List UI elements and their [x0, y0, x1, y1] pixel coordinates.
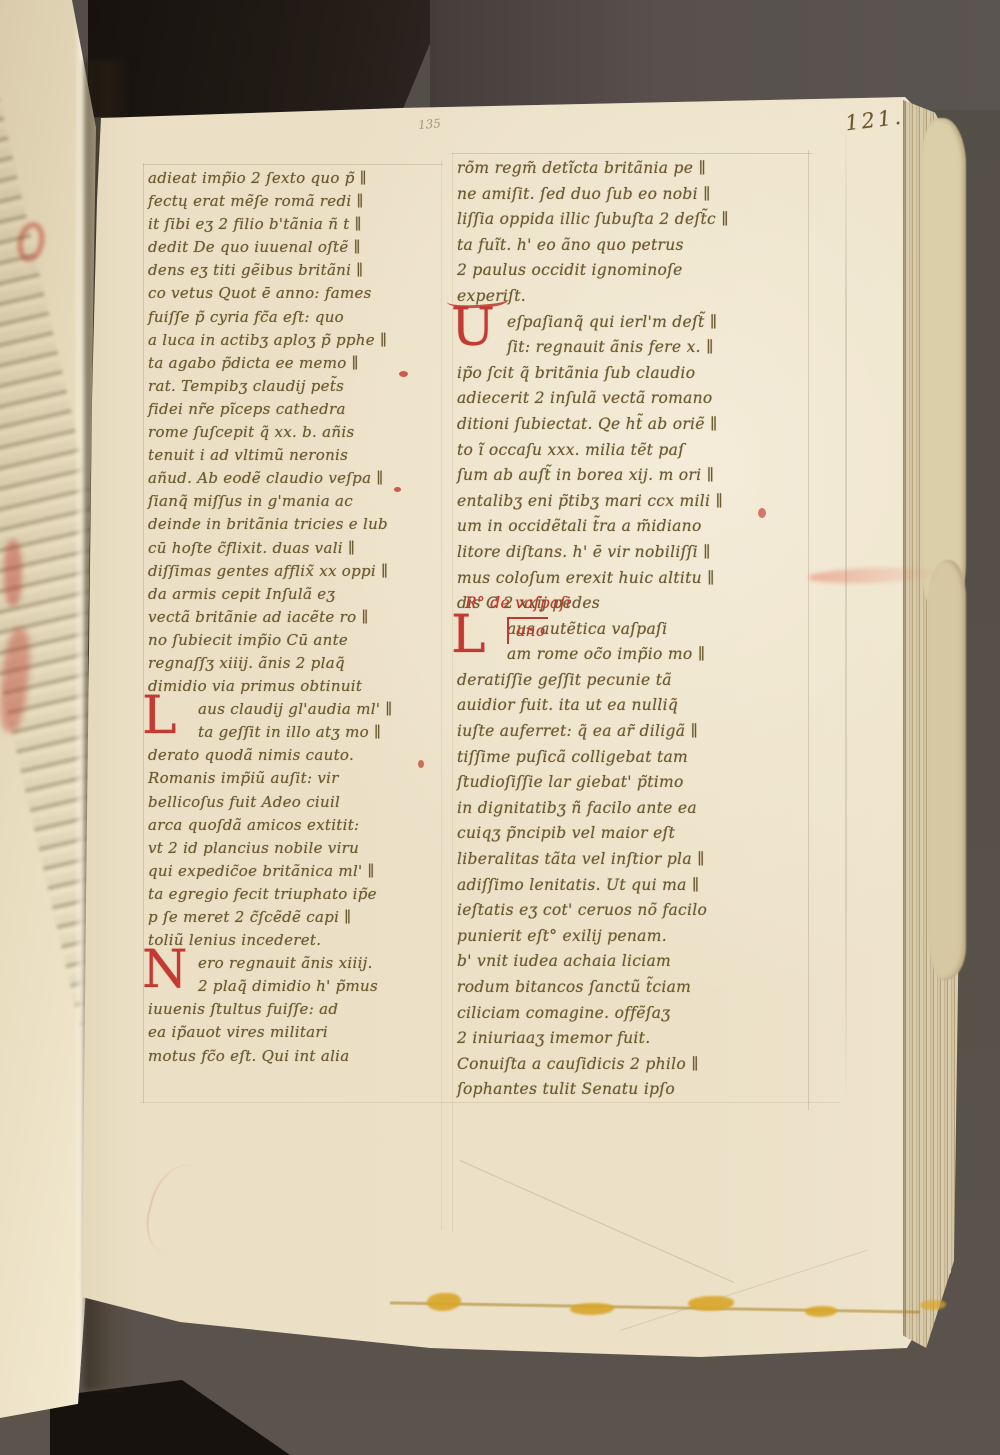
manuscript-line: b' vnit iudea achaia liciam	[457, 949, 813, 975]
line-text: iuſte auferret: q̃ ea ar̃ diligã ∥	[457, 719, 698, 745]
manuscript-line: p ſe meret 2 c̃ſcẽdẽ capi ∥	[148, 906, 448, 929]
manuscript-line: ta fuĩt. h' eo ãno quo petrus	[457, 233, 813, 259]
line-text: 2 iniuriaaʒ imemor fuit.	[457, 1026, 650, 1052]
line-text: litore diſtans. h' ē vir nobiliſſi ∥	[457, 540, 711, 566]
line-text: p ſe meret 2 c̃ſcẽdẽ capi ∥	[148, 906, 352, 929]
line-text: deratiſſie geſſit pecunie tã	[457, 668, 672, 694]
manuscript-line: dedit De quo iuuenal oſtẽ ∥	[148, 236, 448, 259]
manuscript-line: rodum bitancos ſanctũ t̃ciam	[457, 975, 813, 1001]
line-text: ieſtatis eʒ cot' ceruos nõ facilo	[457, 898, 707, 924]
line-text: fidei nr̃e pĩceps cathedra	[148, 398, 346, 421]
manuscript-line: um in occidẽtali t̃ra a m̃idiano	[457, 514, 813, 540]
manuscript-line: ne amiſit. ſed duo ſub eo nobi ∥	[457, 182, 813, 208]
line-text: rodum bitancos ſanctũ t̃ciam	[457, 975, 691, 1001]
line-text: ſianq̃ miſſus in g'mania ac	[148, 490, 353, 513]
line-text: vt 2 id plancius nobile viru	[148, 837, 359, 860]
background-top-right	[430, 0, 1000, 110]
text-column-right: rõm regm̃ detĩcta britãnia pe ∥ne amiſit…	[457, 156, 813, 1103]
manuscript-line: adiecerit 2 inſulã vectã romano	[457, 386, 813, 412]
manuscript-line: dens eʒ titi gẽibus britãni ∥	[148, 259, 448, 282]
line-text: ditioni ſubiectat. Qe ht̃ ab oriẽ ∥	[457, 412, 717, 438]
line-text: in dignitatibʒ ñ facilo ante ea	[457, 796, 697, 822]
manuscript-line: vt 2 id plancius nobile viru	[148, 837, 448, 860]
manuscript-line: ciliciam comagine. offẽſaʒ	[457, 1001, 813, 1027]
line-text: it ſibi eʒ 2 filio b'tãnia ñ t ∥	[148, 213, 362, 236]
line-text: ta agabo p̃dicta ee memo ∥	[148, 352, 359, 375]
manuscript-line: ditioni ſubiectat. Qe ht̃ ab oriẽ ∥	[457, 412, 813, 438]
line-text: motus fc̃o eſt. Qui int alia	[148, 1045, 350, 1068]
manuscript-line: co vetus Quot ē anno: fames	[148, 282, 448, 305]
manuscript-line: iuſte auferret: q̃ ea ar̃ diligã ∥	[457, 719, 813, 745]
line-text: ta geſſit in illo atʒ mo ∥	[198, 721, 381, 744]
line-text: fuiſſe p̃ cyria fc̃a eſt: quo	[148, 306, 344, 329]
line-text: rat. Tempibʒ claudij pet̃s	[148, 375, 344, 398]
line-text: iuuenis ſtultus fuiſſe: ad	[148, 998, 338, 1021]
line-text: tenuit i ad vltimũ neronis	[148, 444, 348, 467]
line-text: 2 paulus occidit ignominoſe	[457, 258, 683, 284]
manuscript-line: rõm regm̃ detĩcta britãnia pe ∥	[457, 156, 813, 182]
manuscript-line: a luca in actibʒ aploʒ p̃ pphe ∥	[148, 329, 448, 352]
line-text: fectų erat mẽſe romã redi ∥	[148, 190, 364, 213]
manuscript-line: cū hoſte c̃flixit. duas vali ∥	[148, 537, 448, 560]
line-text: ta fuĩt. h' eo ãno quo petrus	[457, 233, 684, 259]
line-text: Conuiſta a cauſidicis 2 philo ∥	[457, 1052, 699, 1078]
previous-page-red-initial-e	[4, 540, 22, 606]
manuscript-line: deinde in britãnia tricies e lub	[148, 513, 448, 536]
manuscript-line: arca quoſdã amicos extitit:	[148, 814, 448, 837]
manuscript-line: litore diſtans. h' ē vir nobiliſſi ∥	[457, 540, 813, 566]
line-text: punierit eſt° exilij penam.	[457, 924, 667, 950]
ruling-top-right-col	[452, 153, 812, 154]
line-text: ip̃o ſcit q̃ britãnia ſub claudio	[457, 361, 695, 387]
line-text: adiecerit 2 inſulã vectã romano	[457, 386, 713, 412]
line-text: arca quoſdã amicos extitit:	[148, 814, 359, 837]
manuscript-line: bellicoſus fuit Adeo ciuil	[148, 791, 448, 814]
line-text: vectã britãnie ad iacẽte ro ∥	[148, 606, 369, 629]
line-text: am rome oc̃o imp̃io mo ∥	[507, 642, 705, 668]
line-text: diſſimas gentes afflix̃ xx oppi ∥	[148, 560, 388, 583]
line-text: ſit: regnauit ãnis fere x. ∥	[507, 335, 714, 361]
manuscript-line: liſſia oppida illic ſubuſta 2 deſt̃c ∥	[457, 207, 813, 233]
manuscript-line: rat. Tempibʒ claudij pet̃s	[148, 375, 448, 398]
illuminated-initial: L	[142, 692, 194, 744]
manuscript-line: vectã britãnie ad iacẽte ro ∥	[148, 606, 448, 629]
previous-page-edge	[0, 0, 96, 1418]
background-shadow-bottom	[50, 1380, 290, 1455]
line-text: ciliciam comagine. offẽſaʒ	[457, 1001, 670, 1027]
line-text: ſum ab auſt̃ in borea xij. m ori ∥	[457, 463, 714, 489]
line-text: liſſia oppida illic ſubuſta 2 deſt̃c ∥	[457, 207, 729, 233]
manuscript-line: ta egregio fecit triuphato ip̃e	[148, 883, 448, 906]
manuscript-line: 2 iniuriaaʒ imemor fuit.	[457, 1026, 813, 1052]
manuscript-line: ſianq̃ miſſus in g'mania ac	[148, 490, 448, 513]
manuscript-line: qui expedic̃oe britãnica ml' ∥	[148, 860, 448, 883]
line-text: regnaſſʒ xiiij. ãnis 2 plaq̃	[148, 652, 345, 675]
manuscript-line: mus coloſum erexit huic altitu ∥	[457, 566, 813, 592]
line-text: to ĩ occaſu xxx. milia tẽt paſ	[457, 438, 684, 464]
line-text: adieat imp̃io 2 ſexto quo p̃ ∥	[148, 167, 367, 190]
manuscript-line: Conuiſta a cauſidicis 2 philo ∥	[457, 1052, 813, 1078]
line-text: ero regnauit ãnis xiiij.	[198, 952, 373, 975]
line-text: a luca in actibʒ aploʒ p̃ pphe ∥	[148, 329, 387, 352]
line-text: qui expedic̃oe britãnica ml' ∥	[148, 860, 375, 883]
line-text: ne amiſit. ſed duo ſub eo nobi ∥	[457, 182, 711, 208]
manuscript-line: to ĩ occaſu xxx. milia tẽt paſ	[457, 438, 813, 464]
line-text: 2 plaq̃ dimidio h' p̃mus	[198, 975, 378, 998]
manuscript-line: ea ip̃auot vires militari	[148, 1021, 448, 1044]
line-text: deinde in britãnia tricies e lub	[148, 513, 388, 536]
manuscript-line: adiſſimo lenitatis. Ut qui ma ∥	[457, 873, 813, 899]
manuscript-line: da armis cepit Inſulã eʒ	[148, 583, 448, 606]
line-text: cuiqʒ p̃ncipib vel maior eſt	[457, 821, 675, 847]
manuscript-line: fidei nr̃e pĩceps cathedra	[148, 398, 448, 421]
manuscript-line: derato quodã nimis cauto.	[148, 744, 448, 767]
line-text: mus coloſum erexit huic altitu ∥	[457, 566, 715, 592]
manuscript-line: ſit: regnauit ãnis fere x. ∥	[457, 335, 813, 361]
manuscript-line: 2 paulus occidit ignominoſe	[457, 258, 813, 284]
manuscript-line: aus autẽtica vaſpaſiano	[457, 617, 813, 643]
line-text: rõm regm̃ detĩcta britãnia pe ∥	[457, 156, 706, 182]
line-text: cū hoſte c̃flixit. duas vali ∥	[148, 537, 355, 560]
line-text: aus claudij gl'audia ml' ∥	[198, 698, 393, 721]
manuscript-line: am rome oc̃o imp̃io mo ∥	[457, 642, 813, 668]
line-text: rome ſuſcepit q̃ xx. b. añis	[148, 421, 354, 444]
line-text: auidior fuit. ita ut ea nulliq̃	[457, 693, 678, 719]
manuscript-photo: 121. 135 adieat imp̃io 2 ſexto quo p̃ ∥f…	[0, 0, 1000, 1455]
line-text: Romanis imp̃iũ auſit: vir	[148, 767, 339, 790]
manuscript-line: ſophantes tulit Senatu ipſo	[457, 1077, 813, 1103]
line-text: derato quodã nimis cauto.	[148, 744, 354, 767]
manuscript-line: eſpaſianq̃ qui ierl'm deſt̃ ∥	[457, 310, 813, 336]
manuscript-line: adieat imp̃io 2 ſexto quo p̃ ∥	[148, 167, 448, 190]
red-ink-blot	[399, 371, 408, 377]
line-text: liberalitas tãta vel inſtior pla ∥	[457, 847, 705, 873]
line-text: tiſſime puſicã colligebat tam	[457, 745, 688, 771]
manuscript-line: deratiſſie geſſit pecunie tã	[457, 668, 813, 694]
manuscript-line: añud. Ab eodẽ claudio veſpa ∥	[148, 467, 448, 490]
manuscript-line: no ſubiecit imp̃io Cū ante	[148, 629, 448, 652]
line-text: ſtudioſiſſie lar giebat' p̃timo	[457, 770, 684, 796]
manuscript-line: fectų erat mẽſe romã redi ∥	[148, 190, 448, 213]
page-crease-right	[845, 110, 847, 1110]
ruling-top-left-col	[143, 164, 443, 165]
illuminated-initial: N	[142, 946, 194, 998]
wax-stain5	[920, 1300, 946, 1310]
line-text: ea ip̃auot vires militari	[148, 1021, 328, 1044]
manuscript-line: it ſibi eʒ 2 filio b'tãnia ñ t ∥	[148, 213, 448, 236]
manuscript-line: ieſtatis eʒ cot' ceruos nõ facilo	[457, 898, 813, 924]
manuscript-line: dis C 2 xxij pedesR° de vaſpaſi	[457, 591, 813, 617]
manuscript-line: tenuit i ad vltimũ neronis	[148, 444, 448, 467]
rubric-boxed-text: ano	[507, 617, 548, 645]
manuscript-line: fuiſſe p̃ cyria fc̃a eſt: quo	[148, 306, 448, 329]
line-text: añud. Ab eodẽ claudio veſpa ∥	[148, 467, 384, 490]
manuscript-line: regnaſſʒ xiiij. ãnis 2 plaq̃	[148, 652, 448, 675]
manuscript-line: cuiqʒ p̃ncipib vel maior eſt	[457, 821, 813, 847]
line-text: um in occidẽtali t̃ra a m̃idiano	[457, 514, 702, 540]
red-ink-blot2	[394, 487, 401, 492]
manuscript-line: iuuenis ſtultus fuiſſe: ad	[148, 998, 448, 1021]
line-text: eſpaſianq̃ qui ierl'm deſt̃ ∥	[507, 310, 717, 336]
line-text: adiſſimo lenitatis. Ut qui ma ∥	[457, 873, 699, 899]
line-text: entalibʒ eni p̃tibʒ mari ccx mili ∥	[457, 489, 723, 515]
manuscript-line: tiſſime puſicã colligebat tam	[457, 745, 813, 771]
line-text: dedit De quo iuuenal oſtẽ ∥	[148, 236, 361, 259]
manuscript-line: ip̃o ſcit q̃ britãnia ſub claudio	[457, 361, 813, 387]
manuscript-line: auidior fuit. ita ut ea nulliq̃	[457, 693, 813, 719]
manuscript-line: ſtudioſiſſie lar giebat' p̃timo	[457, 770, 813, 796]
fore-edge-ragged-tab2	[928, 560, 966, 980]
background-shadow-top	[88, 0, 448, 122]
line-text: bellicoſus fuit Adeo ciuil	[148, 791, 340, 814]
line-text: ta egregio fecit triuphato ip̃e	[148, 883, 377, 906]
red-ink-blot4	[418, 760, 424, 768]
fore-edge-ragged-tab	[922, 118, 966, 618]
line-text: dens eʒ titi gẽibus britãni ∥	[148, 259, 364, 282]
line-text: b' vnit iudea achaia liciam	[457, 949, 671, 975]
line-text: no ſubiecit imp̃io Cū ante	[148, 629, 348, 652]
line-text: da armis cepit Inſulã eʒ	[148, 583, 335, 606]
text-column-left: adieat imp̃io 2 ſexto quo p̃ ∥fectų erat…	[148, 167, 448, 1068]
manuscript-line: motus fc̃o eſt. Qui int alia	[148, 1045, 448, 1068]
manuscript-line: diſſimas gentes afflix̃ xx oppi ∥	[148, 560, 448, 583]
illuminated-initial: U	[451, 304, 503, 356]
manuscript-line: experiſt.	[457, 284, 813, 310]
red-ink-blot3	[758, 508, 766, 518]
manuscript-line: liberalitas tãta vel inſtior pla ∥	[457, 847, 813, 873]
line-text: co vetus Quot ē anno: fames	[148, 282, 372, 305]
manuscript-line: ſum ab auſt̃ in borea xij. m ori ∥	[457, 463, 813, 489]
manuscript-line: Romanis imp̃iũ auſit: vir	[148, 767, 448, 790]
illuminated-initial: L	[451, 611, 503, 663]
manuscript-line: rome ſuſcepit q̃ xx. b. añis	[148, 421, 448, 444]
manuscript-line: punierit eſt° exilij penam.	[457, 924, 813, 950]
line-text: ſophantes tulit Senatu ipſo	[457, 1077, 675, 1103]
manuscript-line: in dignitatibʒ ñ facilo ante ea	[457, 796, 813, 822]
